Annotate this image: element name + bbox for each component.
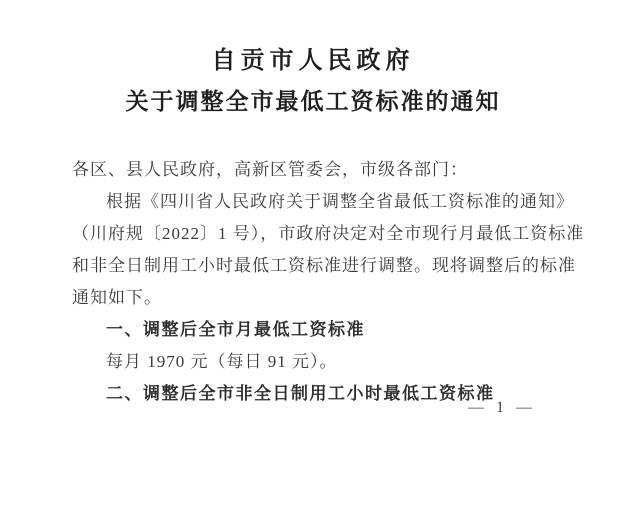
document-subject-title: 关于调整全市最低工资标准的通知: [0, 87, 626, 117]
issuing-authority-title: 自贡市人民政府: [0, 46, 626, 76]
page-number: — 1 —: [468, 399, 536, 417]
paragraph-line-3: 和非全日制用工小时最低工资标准进行调整。现将调整后的标准: [72, 250, 572, 282]
paragraph-line-1: 根据《四川省人民政府关于调整全省最低工资标准的通知》: [72, 186, 572, 218]
document-body: 各区、县人民政府，高新区管委会，市级各部门： 根据《四川省人民政府关于调整全省最…: [72, 154, 572, 410]
paragraph-line-4: 通知如下。: [72, 282, 572, 314]
salutation-line: 各区、县人民政府，高新区管委会，市级各部门：: [72, 154, 572, 186]
paragraph-line-2: （川府规〔2022〕1 号），市政府决定对全市现行月最低工资标准: [72, 218, 572, 250]
document-page: 自贡市人民政府 关于调整全市最低工资标准的通知 各区、县人民政府，高新区管委会，…: [0, 0, 626, 516]
section-1-value: 每月 1970 元（每日 91 元）。: [72, 346, 572, 378]
section-1-heading: 一、调整后全市月最低工资标准: [72, 314, 572, 346]
document-title-block: 自贡市人民政府 关于调整全市最低工资标准的通知: [0, 0, 626, 117]
